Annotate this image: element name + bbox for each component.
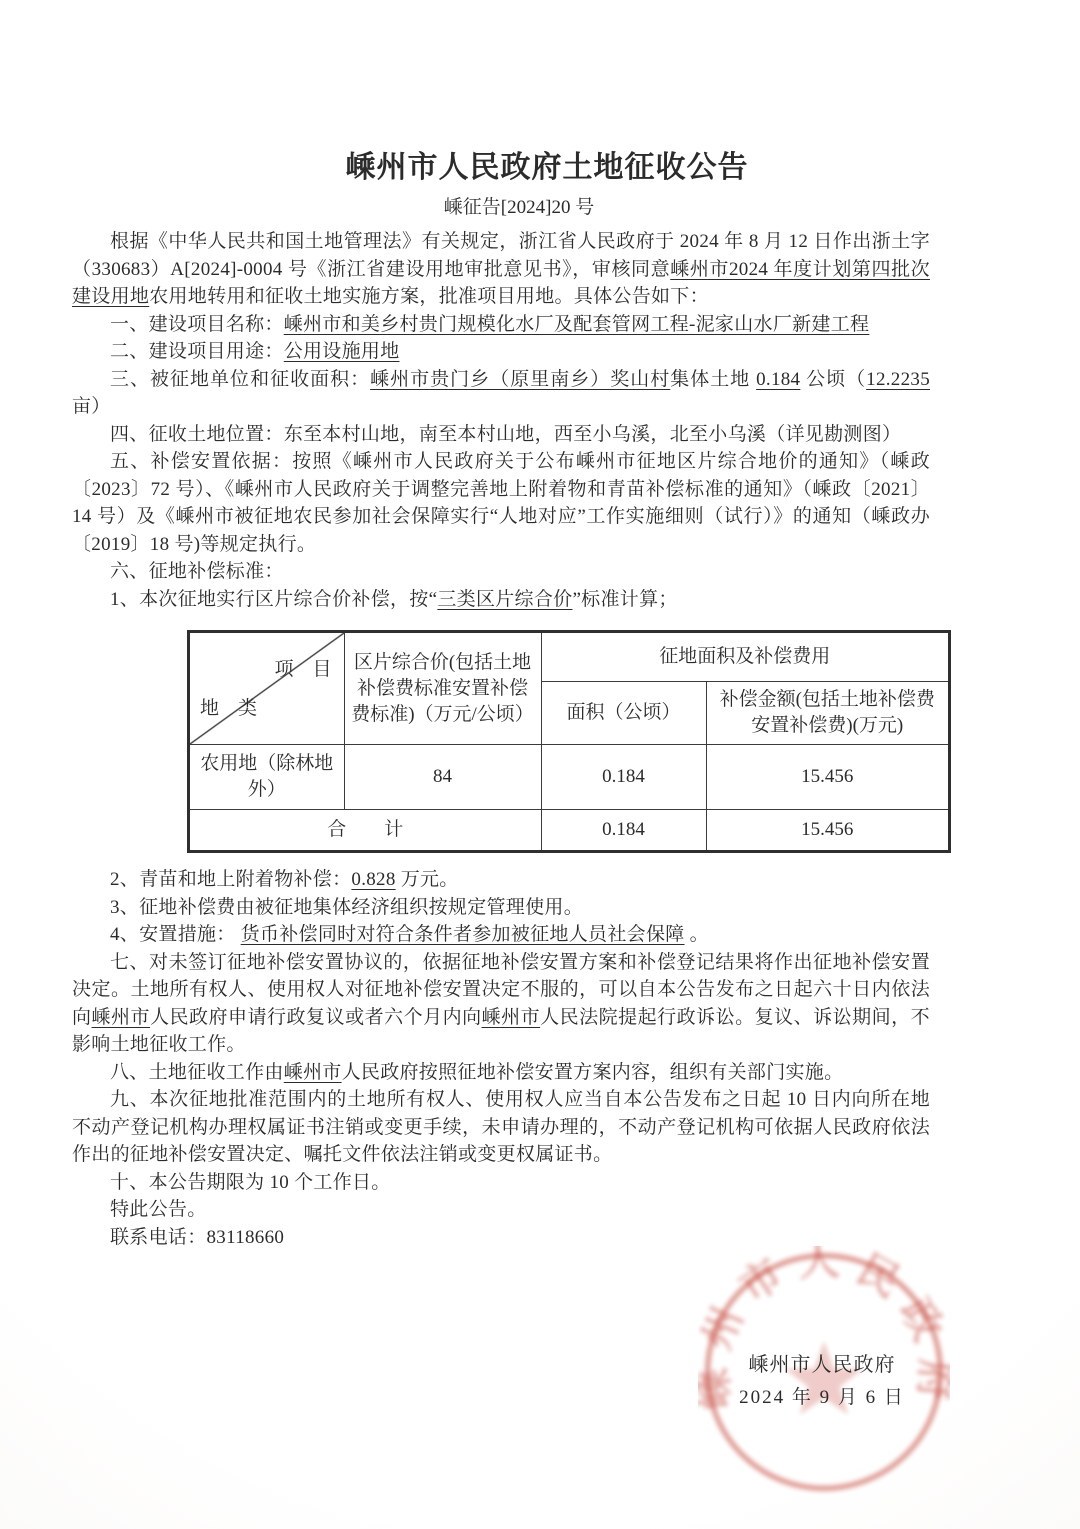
item-7-dispute-procedure: 七、对未签订征地补偿安置协议的，依据征地补偿安置方案和补偿登记结果将作出征地补偿…	[72, 949, 930, 1059]
item-1-project-name: 一、建设项目名称：嵊州市和美乡村贵门规模化水厂及配套管网工程-泥家山水厂新建工程	[72, 311, 930, 339]
cell-land-type: 农用地（除林地外）	[189, 745, 344, 810]
document-body: 嵊州市人民政府土地征收公告 嵊征告[2024]20 号 根据《中华人民共和国土地…	[72, 148, 930, 1251]
cell-total-area: 0.184	[541, 810, 706, 852]
item-10-notice-period: 十、本公告期限为 10 个工作日。	[72, 1169, 930, 1197]
corner-label-project: 项 目	[274, 657, 331, 683]
document-number: 嵊征告[2024]20 号	[90, 194, 948, 222]
item-2-project-use: 二、建设项目用途：公用设施用地	[72, 338, 930, 366]
paragraph-intro: 根据《中华人民共和国土地管理法》有关规定，浙江省人民政府于 2024 年 8 月…	[72, 228, 930, 311]
page-title: 嵊州市人民政府土地征收公告	[118, 148, 976, 188]
cell-zone-price: 84	[344, 745, 541, 810]
item-6-2-seedling-compensation: 2、青苗和地上附着物补偿：0.828 万元。	[72, 866, 930, 894]
item-6-compensation-standard: 六、征地补偿标准：	[72, 558, 930, 586]
item-3-expropriated-area: 三、被征地单位和征收面积：嵊州市贵门乡（原里南乡）奖山村集体土地 0.184 公…	[72, 366, 930, 421]
column-group-header-area-compensation: 征地面积及补偿费用	[541, 632, 949, 682]
compensation-table: 项 目 地 类 区片综合价(包括土地补偿费标准安置补偿费标准)（万元/公顷） 征…	[188, 631, 950, 852]
column-header-area: 面积（公顷）	[541, 682, 706, 745]
item-5-compensation-basis: 五、补偿安置依据：按照《嵊州市人民政府关于公布嵊州市征地区片综合地价的通知》（嵊…	[72, 448, 930, 558]
cell-total-amount: 15.456	[706, 810, 949, 852]
table-total-row: 合 计 0.184 15.456	[189, 810, 949, 852]
corner-label-landtype: 地 类	[200, 696, 257, 722]
table-row: 农用地（除林地外） 84 0.184 15.456	[189, 745, 949, 810]
cell-area: 0.184	[541, 745, 706, 810]
column-header-amount: 补偿金额(包括土地补偿费安置补偿费)(万元)	[706, 682, 949, 745]
table-corner-cell: 项 目 地 类	[189, 632, 344, 745]
item-8-implementation: 八、土地征收工作由嵊州市人民政府按照征地补偿安置方案内容，组织有关部门实施。	[72, 1059, 930, 1087]
item-4-land-location: 四、征收土地位置：东至本村山地，南至本村山地，西至小乌溪，北至小乌溪（详见勘测图…	[72, 421, 930, 449]
item-6-3-fee-management: 3、征地补偿费由被征地集体经济组织按规定管理使用。	[72, 894, 930, 922]
cell-total-label: 合 计	[189, 810, 541, 852]
item-9-registration: 九、本次征地批准范围内的土地所有权人、使用权人应当自本公告发布之日起 10 日内…	[72, 1086, 930, 1169]
scanned-document-page: 嵊州市人民政府土地征收公告 嵊征告[2024]20 号 根据《中华人民共和国土地…	[0, 0, 1080, 1529]
closing-statement: 特此公告。	[72, 1196, 930, 1224]
signature-block: 嵊州市人民政府 2024 年 9 月 6 日	[702, 1352, 942, 1411]
signature-date: 2024 年 9 月 6 日	[702, 1385, 942, 1411]
signature-authority: 嵊州市人民政府	[702, 1352, 942, 1378]
item-6-1-zone-price: 1、本次征地实行区片综合价补偿，按“三类区片综合价”标准计算；	[72, 586, 930, 614]
column-header-zone-price: 区片综合价(包括土地补偿费标准安置补偿费标准)（万元/公顷）	[344, 632, 541, 745]
item-6-4-resettlement-measures: 4、安置措施： 货币补偿同时对符合条件者参加被征地人员社会保障 。	[72, 921, 930, 949]
cell-amount: 15.456	[706, 745, 949, 810]
